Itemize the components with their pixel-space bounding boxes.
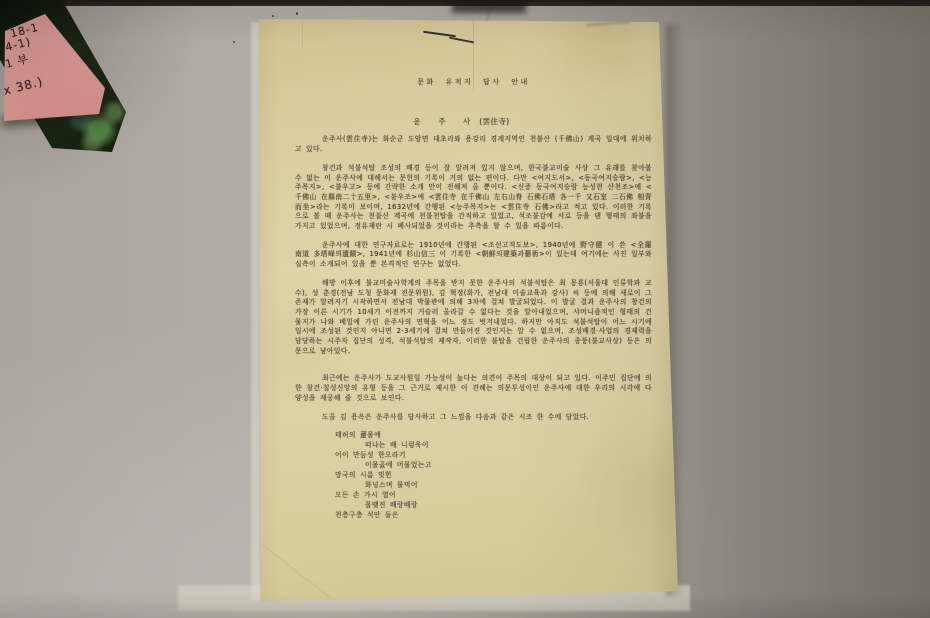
note-handwriting-line: 1 부: [4, 53, 30, 70]
poem-line: 몰맺진 배랑배랑: [365, 500, 652, 510]
document-content: 문화 유적지 답사 안내 운 주 사 (雲住寺) 운주사(雲住寺)는 화순군 도…: [295, 72, 652, 520]
document-paragraph: 최근에는 운주사가 도교사원일 가능성이 높다는 의견이 주목의 대상이 되고 …: [295, 374, 652, 403]
document-title: 문화 유적지 답사 안내: [295, 78, 652, 88]
photo-canvas: 문화 유적지 답사 안내 운 주 사 (雲住寺) 운주사(雲住寺)는 화순군 도…: [0, 0, 930, 618]
note-handwriting-line: 4-1): [4, 36, 32, 53]
poem-line: 망국의 시름 멎힌: [335, 470, 652, 480]
poem-line: 천층구층 석안 돌은: [335, 510, 652, 520]
paper-crease: [302, 19, 303, 49]
poem-line: 태허의 蓮물에: [335, 430, 652, 440]
under-sheet-paper-edge: [251, 22, 260, 600]
poem-line: 어이 만듬성 한오라기: [335, 450, 652, 460]
poem-line: 모든 손 가시 열어: [335, 490, 652, 500]
document-paragraph: 운주사(雲住寺)는 화순군 도암면 대초리와 용강리 경계지역인 천불산 (千佛…: [295, 135, 652, 154]
faint-scratch-mark: [586, 20, 630, 26]
document-paper: 문화 유적지 답사 안내 운 주 사 (雲住寺) 운주사(雲住寺)는 화순군 도…: [256, 16, 682, 604]
dust-speck: [272, 15, 274, 17]
document-paragraph: 창건과 석불석탑 조성의 배경 등이 잘 알려져 있지 않으며, 한국불교미술 …: [295, 164, 652, 232]
poem-line: 이물곬에 머물었는고: [365, 460, 652, 470]
note-handwriting-line: x 38.): [2, 76, 44, 97]
document-paragraph: 운주사에 대한 연구자료로는 1910년에 간행된 <조선고적도보>, 1940…: [295, 241, 652, 270]
poem-line: 화넝스며 물먹어: [365, 480, 652, 490]
paper-crease: [262, 544, 330, 598]
dust-speck: [233, 41, 235, 43]
document-paragraph: 해방 이후에 불교미술사학계의 주목을 받지 못한 운주사의 석불석탑은 최 몽…: [295, 279, 652, 357]
poem: 태허의 蓮물에 떠나는 배 니렁욱이 어이 만듬성 한오라기 이물곬에 머물었는…: [335, 430, 652, 520]
document-subtitle: 운 주 사 (雲住寺): [283, 117, 640, 127]
poem-line: 떠나는 배 니렁욱이: [365, 440, 652, 450]
pen-mark: [449, 36, 474, 43]
document-paragraph: 도올 김 용옥은 운주사를 답사하고 그 느낌을 다음과 같은 시조 한 수에 …: [295, 413, 652, 423]
dust-speck: [296, 12, 298, 15]
